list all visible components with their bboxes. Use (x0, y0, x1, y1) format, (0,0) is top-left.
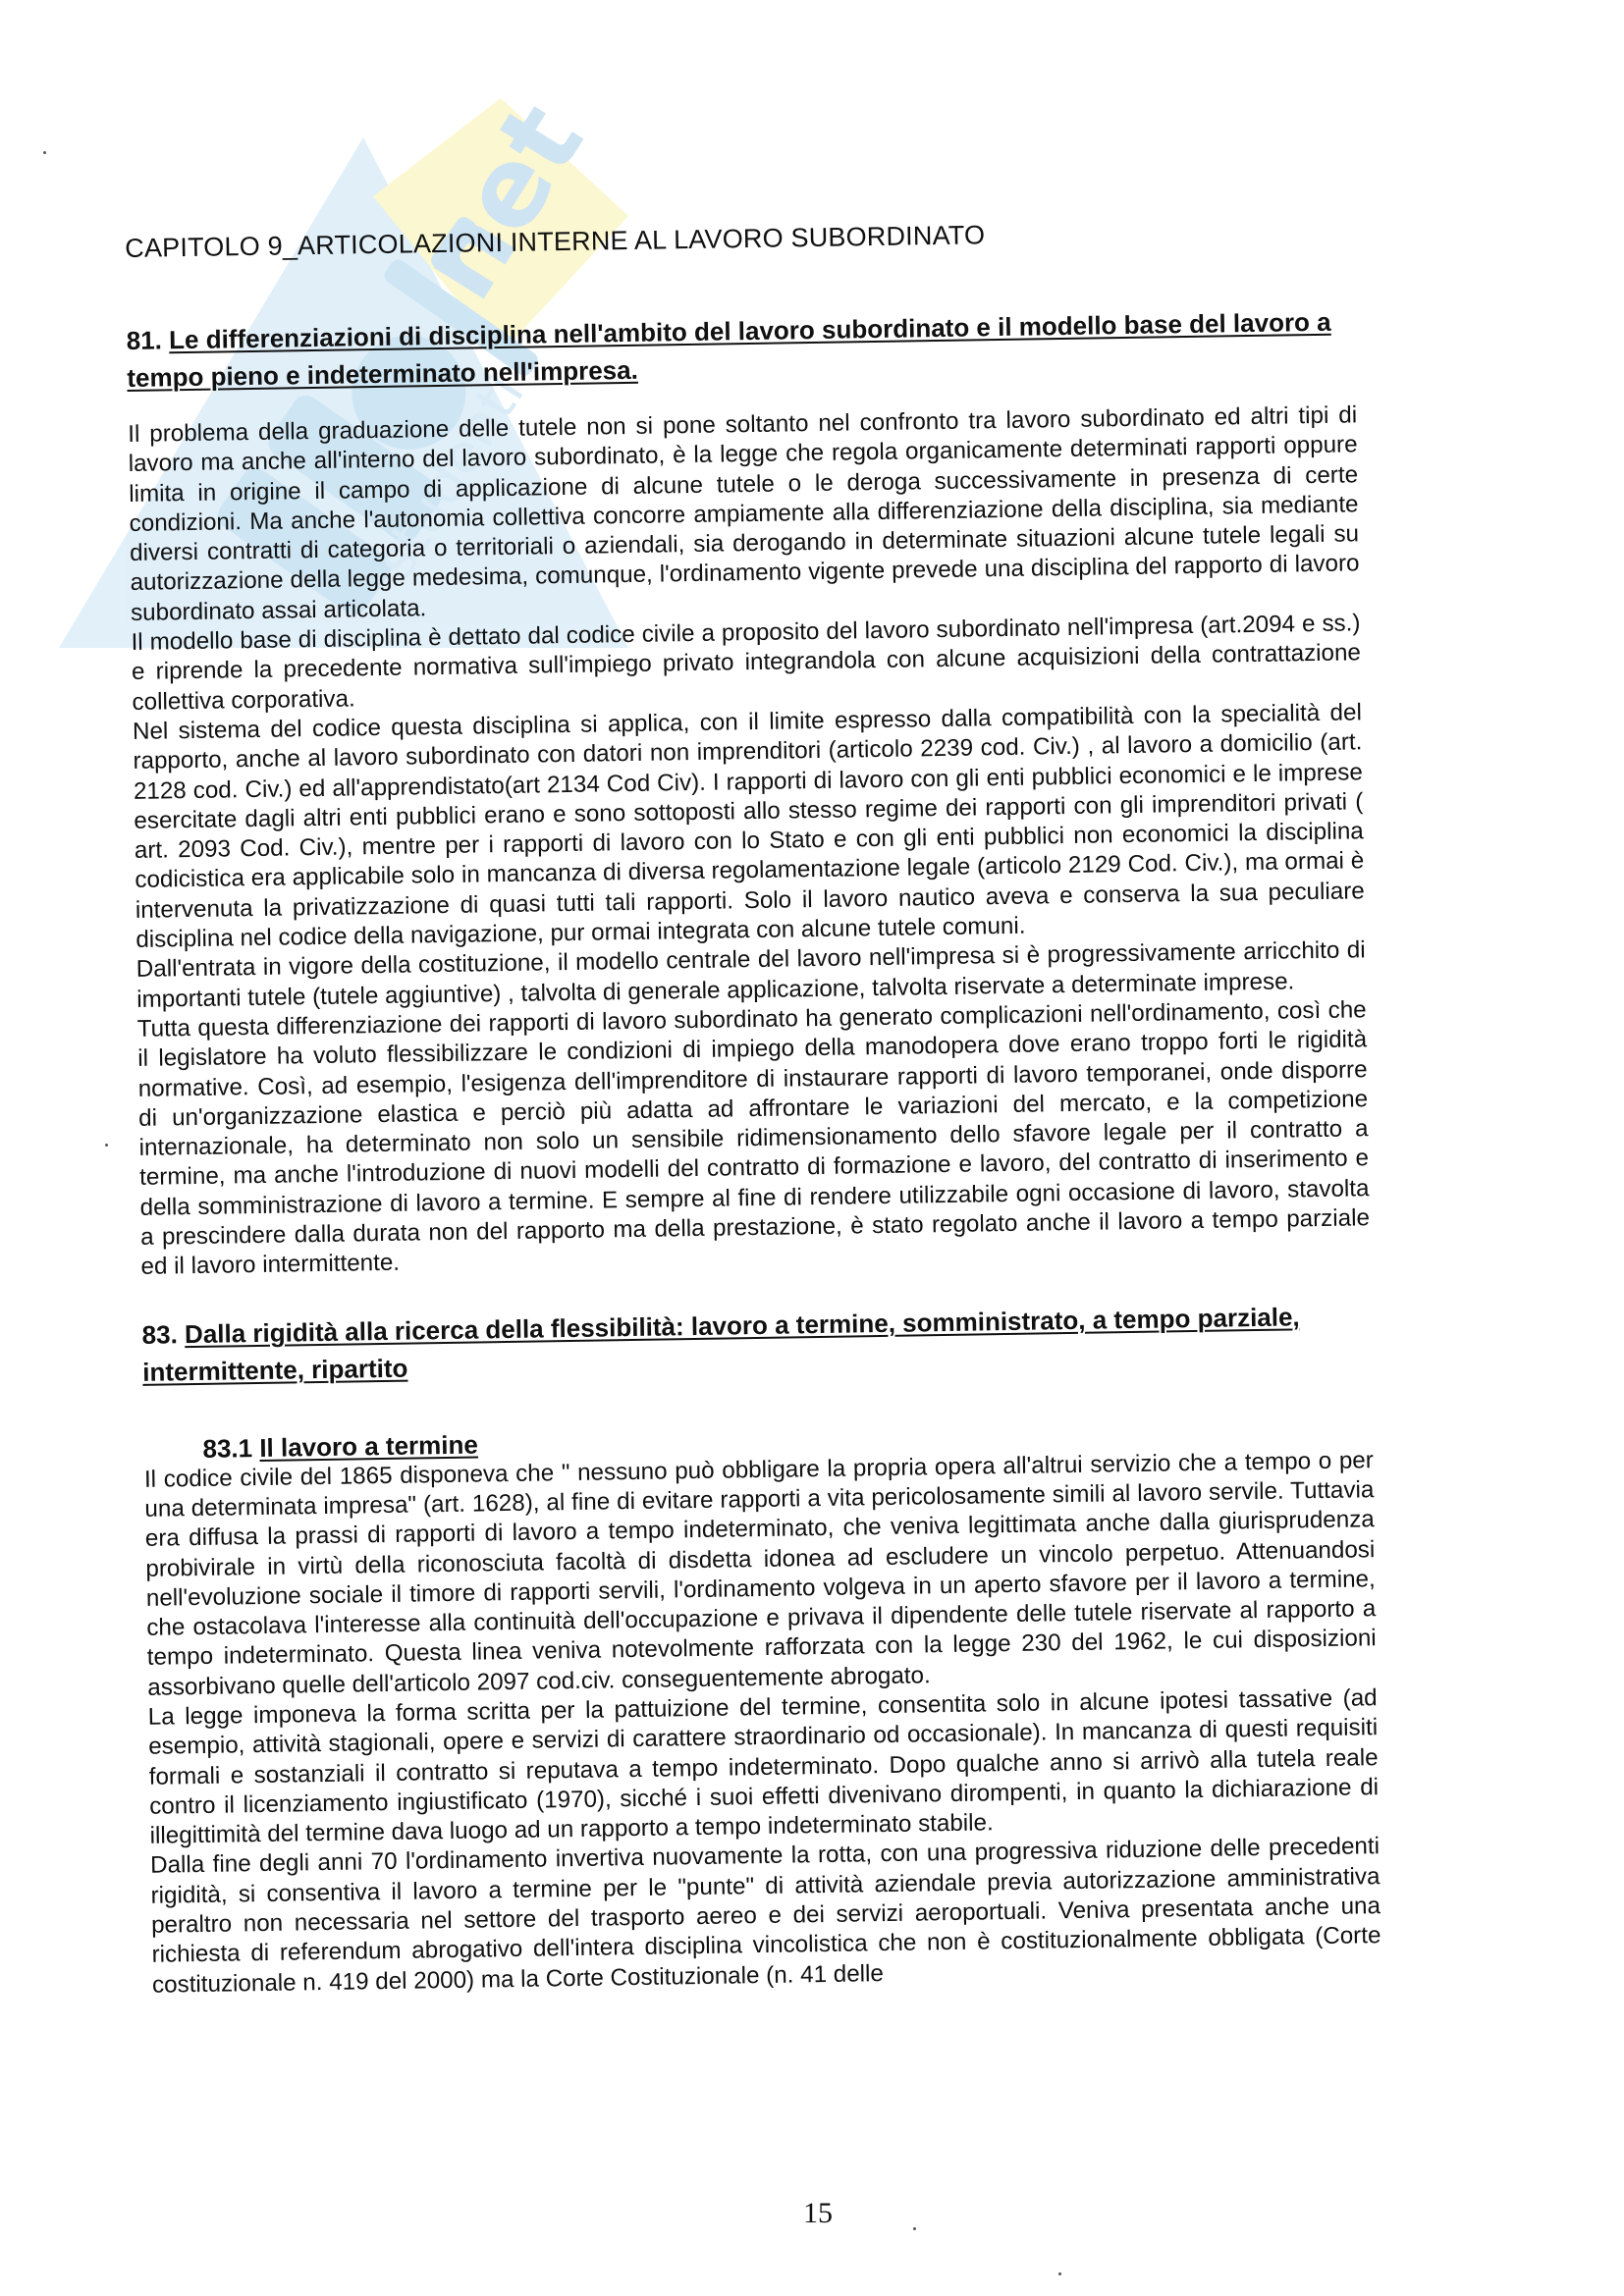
document-page: CAPITOLO 9_ARTICOLAZIONI INTERNE AL LAVO… (125, 212, 1381, 2000)
paragraph: Tutta questa differenziazione dei rappor… (137, 995, 1371, 1282)
page-number: 15 (803, 2197, 833, 2230)
section-81: 81. Le differenziazioni di disciplina ne… (126, 302, 1370, 1282)
scan-speck (913, 2227, 916, 2230)
section-number: 81. (127, 325, 163, 355)
subsection-number: 83.1 (202, 1433, 252, 1464)
subsection-83-1: 83.1 Il lavoro a termine Il codice civil… (143, 1415, 1381, 2001)
chapter-title: CAPITOLO 9_ARTICOLAZIONI INTERNE AL LAVO… (125, 212, 1354, 265)
section-heading: 81. Le differenziazioni di disciplina ne… (126, 302, 1356, 397)
section-83: 83. Dalla rigidità alla ricerca della fl… (141, 1297, 1381, 2001)
paragraph: Nel sistema del codice questa disciplina… (133, 698, 1366, 955)
subsection-title: Il lavoro a termine (259, 1429, 478, 1462)
paragraph: Il codice civile del 1865 disponeva che … (144, 1446, 1378, 1703)
section-heading: 83. Dalla rigidità alla ricerca della fl… (141, 1297, 1372, 1391)
section-number: 83. (141, 1319, 178, 1350)
section-title: Le differenziazioni di disciplina nell'a… (127, 307, 1331, 393)
section-title: Dalla rigidità alla ricerca della flessi… (142, 1302, 1300, 1387)
paragraph: La legge imponeva la forma scritta per l… (148, 1683, 1380, 1851)
paragraph: Dalla fine degli anni 70 l'ordinamento i… (150, 1833, 1381, 2001)
scan-speck (105, 1144, 108, 1147)
scan-speck (1058, 2272, 1061, 2275)
paragraph: Il problema della graduazione delle tute… (128, 400, 1360, 628)
scan-speck (43, 151, 46, 154)
section-body: Il problema della graduazione delle tute… (128, 400, 1371, 1282)
